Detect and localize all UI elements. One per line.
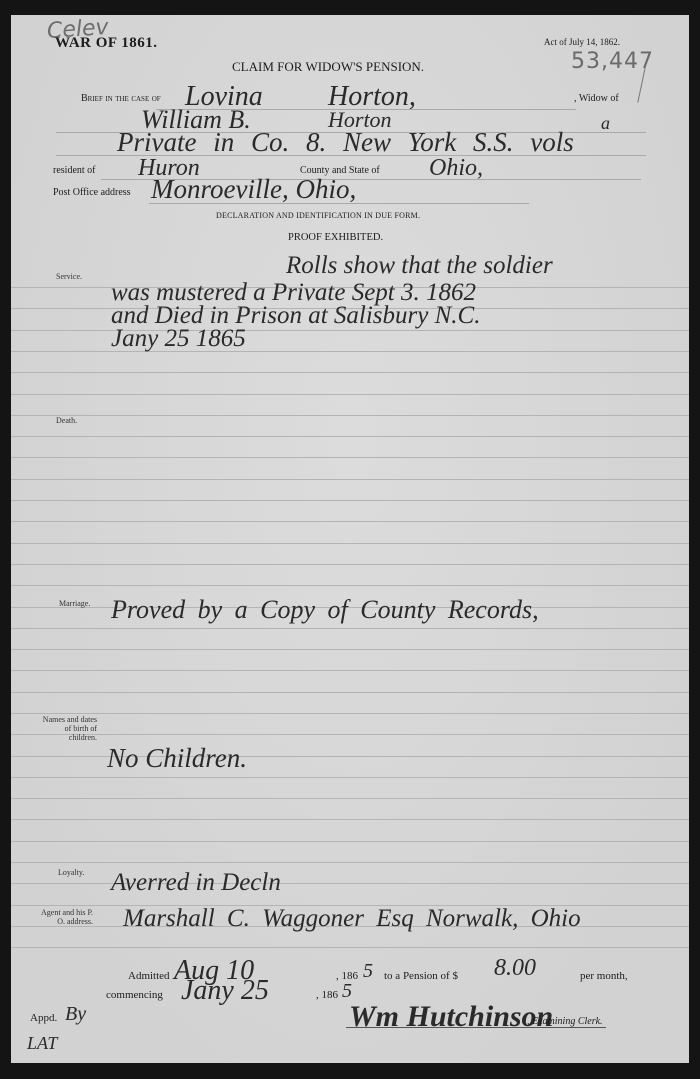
ruled-line (11, 692, 689, 693)
loyalty-label: Loyalty. (58, 868, 84, 877)
article: a (601, 113, 610, 134)
death-label: Death. (56, 416, 77, 425)
ruled-line (11, 798, 689, 799)
marriage-text: Proved by a Copy of County Records, (111, 595, 539, 625)
marriage-label: Marriage. (59, 599, 90, 608)
signature-underline (346, 1027, 606, 1028)
ruled-line (11, 628, 689, 629)
ruled-line (11, 713, 689, 714)
service-label: Service. (56, 272, 82, 281)
children-text: No Children. (107, 743, 247, 774)
ruled-line (11, 819, 689, 820)
ruled-line (11, 457, 689, 458)
ruled-line (11, 841, 689, 842)
proof-exhibited-title: PROOF EXHIBITED. (288, 232, 383, 243)
post-office-label: Post Office address (53, 187, 131, 198)
commencing-date: Jany 25 (181, 975, 269, 1007)
widow-of-label: , Widow of (574, 93, 619, 104)
service-line-1: Rolls show that the soldier (286, 252, 553, 280)
year-prefix-2: , 186 (316, 989, 338, 1001)
loyalty-text: Averred in Decln (111, 869, 281, 897)
ruled-line (11, 521, 689, 522)
certificate-number: 53,447 (571, 49, 654, 74)
commencing-label: commencing (106, 989, 163, 1001)
ruled-line (11, 564, 689, 565)
ruled-line (11, 734, 689, 735)
ruled-line (11, 585, 689, 586)
children-label: Names and dates of birth of children. (41, 715, 97, 742)
ruled-line (11, 947, 689, 948)
ruled-line (11, 649, 689, 650)
service-line-4: Jany 25 1865 (111, 325, 246, 353)
approved-by: By (65, 1003, 86, 1026)
post-office-value: Monroeville, Ohio, (151, 174, 356, 205)
pension-amount: 8.00 (494, 955, 536, 982)
ruled-line (11, 862, 689, 863)
brief-label: Brief in the case of (81, 93, 161, 104)
ruled-line (11, 436, 689, 437)
admitted-label: Admitted (128, 970, 170, 982)
ruled-line (11, 479, 689, 480)
declaration-text: DECLARATION AND IDENTIFICATION IN DUE FO… (216, 211, 420, 220)
war-title: WAR OF 1861. (55, 35, 158, 52)
ruled-line (11, 372, 689, 373)
ruled-line (11, 543, 689, 544)
resident-label: resident of (53, 165, 96, 176)
per-month-label: per month, (580, 970, 628, 982)
agent-label: Agent and his P. O. address. (41, 908, 93, 926)
ruled-line (11, 500, 689, 501)
agent-text: Marshall C. Waggoner Esq Norwalk, Ohio (123, 905, 581, 933)
year-digit-1: 5 (363, 960, 373, 983)
ruled-line (11, 670, 689, 671)
form-title: CLAIM FOR WIDOW'S PENSION. (232, 59, 424, 75)
act-reference: Act of July 14, 1862. (544, 37, 620, 47)
ruled-line (11, 415, 689, 416)
ruled-line (11, 394, 689, 395)
approved-label: Appd. (30, 1012, 57, 1024)
approver-initials: LAT (27, 1033, 57, 1054)
state-value: Ohio, (429, 155, 483, 182)
ruled-line (11, 777, 689, 778)
pension-label: to a Pension of $ (384, 970, 458, 982)
rank-unit: Private in Co. 8. New York S.S. vols (117, 127, 574, 158)
examining-clerk-label: , Examining Clerk. (527, 1016, 603, 1027)
pension-document: Celev WAR OF 1861. Act of July 14, 1862.… (11, 15, 689, 1063)
examiner-signature: Wm Hutchinson (349, 1000, 553, 1034)
